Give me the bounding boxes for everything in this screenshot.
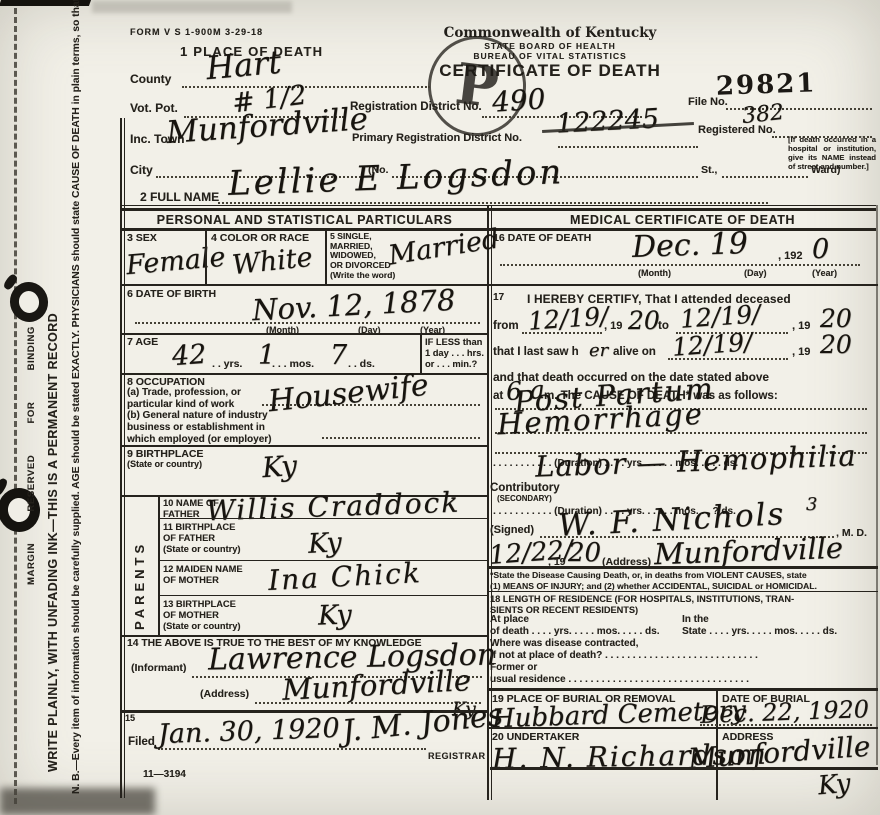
rule-horizontal (487, 566, 878, 569)
registrar-signature: J. M. Jones (341, 698, 505, 750)
margin-binding-note: MARGIN RESERVED FOR BINDING (26, 326, 37, 585)
rule-horizontal (487, 688, 878, 691)
city-label: City (130, 163, 153, 177)
rule-cell-divider (325, 230, 327, 284)
scan-smudge-top (92, 1, 292, 13)
attended-from-year: 20 (628, 306, 660, 335)
attended-to-year: 20 (820, 304, 852, 333)
cause-footnote: *State the Disease Causing Death, or, in… (490, 570, 876, 591)
full-name-label: 2 FULL NAME (140, 190, 219, 204)
rule-horizontal (490, 767, 878, 770)
rule-horizontal (122, 635, 487, 637)
color-race-value: White (231, 242, 314, 281)
dotted-leader (700, 724, 872, 726)
year-printed: , 19 (792, 320, 810, 332)
age-years-value: 42 (171, 339, 207, 372)
marital-status-label: 5 SINGLE, MARRIED, WIDOWED, OR DIVORCED … (330, 232, 395, 280)
residence-at-place: At place of death . . . . yrs. . . . . m… (490, 614, 659, 638)
if-less-label: IF LESS than 1 day . . . hrs. or . . . m… (425, 337, 484, 370)
registrar-label: REGISTRAR (428, 751, 486, 761)
rule-horizontal (122, 445, 487, 447)
father-birthplace-value: Ky (307, 527, 342, 560)
marital-status-value: Married (386, 223, 501, 271)
dotted-leader (500, 264, 860, 266)
last-saw-year: 20 (820, 330, 852, 359)
month-sublabel: (Month) (638, 268, 671, 278)
registration-district-value: 490 (491, 82, 547, 119)
form-number: 11—3194 (143, 769, 186, 780)
alive-on-text: alive on (613, 346, 656, 358)
rule-horizontal (487, 591, 878, 592)
at-label: at (493, 390, 503, 402)
registration-district-label: Registration District No. (350, 101, 482, 113)
county-value: Hart (204, 43, 282, 87)
residence-in-state: In the State . . . . yrs. . . . . mos. .… (682, 614, 837, 638)
signed-label: (Signed) (490, 524, 534, 536)
ds-label: . . ds. (348, 358, 375, 370)
primary-district-label: Primary Registration District No. (352, 132, 522, 144)
contributory-value: Labor — Hemophilia (535, 438, 858, 483)
rule-parents-divider (158, 495, 160, 635)
dod-year-printed: , 192 (778, 250, 802, 262)
primary-district-value: 122245 (555, 103, 660, 139)
registered-no-value: 382 (741, 100, 785, 129)
year-sublabel: (Year) (812, 268, 837, 278)
rule-horizontal (122, 333, 487, 335)
former-residence: Former or usual residence . . . . . . . … (490, 662, 749, 686)
parents-vertical-label: PARENTS (132, 541, 147, 630)
dotted-leader (322, 437, 480, 439)
file-no-value: 29821 (716, 68, 817, 101)
county-label: County (130, 72, 171, 86)
attended-from-date: 12/19/ (527, 301, 609, 336)
rule-horizontal (487, 284, 878, 286)
informant-label: (Informant) (131, 662, 186, 674)
medical-section-title: MEDICAL CERTIFICATE OF DEATH (487, 213, 878, 227)
filed-label: Filed (128, 736, 155, 748)
item-15-number: 15 (125, 713, 135, 723)
secondary-label: (SECONDARY) (497, 494, 552, 503)
undertaker-address-state: Ky (817, 769, 852, 802)
age-days-value: 7 (330, 340, 347, 371)
year-printed: , 19 (604, 320, 622, 332)
margin-nb-note: N. B.—Every item of information should b… (70, 32, 84, 794)
father-name-value: Willis Craddock (206, 486, 461, 528)
duration-months-hand: 3 (806, 494, 817, 515)
last-saw-text: that I last saw h (493, 346, 579, 358)
informant-address-label: (Address) (200, 688, 249, 700)
scan-edge-right (876, 205, 878, 765)
rule-horizontal (122, 205, 876, 206)
vot-pot-label: Vot. Pot. (130, 101, 178, 115)
occupation-value: Housewife (267, 368, 431, 420)
mother-name-value: Ina Chick (267, 556, 422, 597)
date-of-birth-label: 6 DATE OF BIRTH (127, 288, 216, 300)
full-name-value: Lellie E Logsdon (227, 152, 564, 204)
dotted-leader (218, 202, 768, 204)
from-label: from (493, 320, 519, 332)
inc-town-value: Munfordville (165, 101, 369, 151)
margin-write-plainly-note: WRITE PLAINLY, WITH UNFADING INK—THIS IS… (46, 313, 60, 772)
sex-label: 3 SEX (127, 232, 157, 244)
to-label: to (658, 320, 669, 332)
rule-horizontal (158, 595, 487, 596)
date-of-birth-value: Nov. 12, 1878 (251, 283, 456, 328)
occupation-b-label: (b) General nature of industry business … (127, 410, 271, 445)
date-of-death-label: 16 DATE OF DEATH (493, 232, 591, 244)
rule-cell-divider (205, 230, 207, 284)
contributory-label: Contributory (490, 482, 560, 494)
sex-value: Female (125, 242, 227, 282)
mother-birthplace-label: 13 BIRTHPLACE OF MOTHER (State or countr… (163, 599, 240, 632)
last-saw-date: 12/19/ (671, 327, 753, 362)
rule-horizontal (487, 727, 878, 729)
death-certificate-scan: MARGIN RESERVED FOR BINDING WRITE PLAINL… (0, 0, 880, 815)
day-sublabel: (Day) (744, 268, 767, 278)
date-of-death-value: Dec. 19 (631, 226, 748, 265)
residence-title: 18 LENGTH OF RESIDENCE (FOR HOSPITALS, I… (490, 594, 876, 615)
birthplace-value: Ky (261, 449, 298, 484)
street-label: St., (701, 164, 717, 176)
father-birthplace-label: 11 BIRTHPLACE OF FATHER (State or countr… (163, 522, 240, 555)
item-17-number: 17 (493, 292, 504, 303)
dotted-leader (722, 176, 808, 178)
mother-birthplace-value: Ky (317, 599, 352, 631)
dotted-leader (558, 146, 698, 148)
filed-date-value: Jan. 30, 1920 (158, 713, 341, 750)
mother-name-label: 12 MAIDEN NAME OF MOTHER (163, 564, 243, 586)
rule-horizontal (122, 228, 876, 231)
dod-year-hand: 0 (812, 234, 829, 265)
color-race-label: 4 COLOR OR RACE (211, 232, 309, 244)
mos-label: . . . mos. (272, 358, 314, 370)
disease-contracted: Where was disease contracted, if not at … (490, 638, 758, 662)
yrs-label: . . yrs. (212, 358, 242, 370)
rule-horizontal (158, 518, 487, 519)
birthplace-sublabel: (State or country) (127, 459, 202, 469)
form-code: FORM V S 1-900M 3-29-18 (130, 27, 263, 37)
age-label: 7 AGE (127, 336, 158, 348)
rule-cell-divider (420, 334, 422, 373)
dotted-leader (182, 86, 430, 88)
occupation-a-label: (a) Trade, profession, or particular kin… (127, 387, 241, 411)
binding-perforation (14, 8, 17, 804)
personal-section-title: PERSONAL AND STATISTICAL PARTICULARS (122, 213, 487, 227)
rule-horizontal (122, 208, 876, 211)
year-printed: , 19 (792, 346, 810, 358)
signed-year: 20 (568, 538, 601, 568)
rule-horizontal (122, 373, 487, 375)
last-saw-pronoun: er (589, 340, 608, 361)
ward-label: Ward) (811, 164, 840, 176)
